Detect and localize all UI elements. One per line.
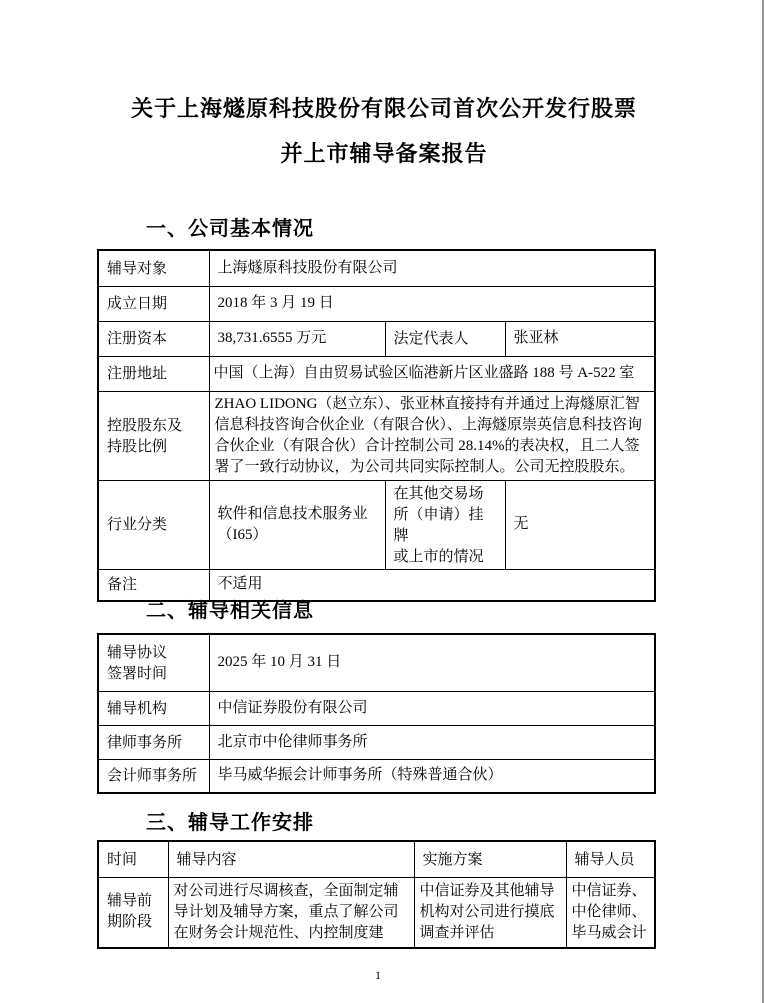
page-number: 1 — [0, 968, 756, 983]
document-title-line-2: 并上市辅导备案报告 — [0, 131, 768, 176]
row-label-registered-capital: 注册资本 — [98, 321, 209, 356]
column-header-time: 时间 — [98, 841, 168, 877]
row-value-other-listing-status: 无 — [505, 480, 655, 569]
document-title: 关于上海燧原科技股份有限公司首次公开发行股票 并上市辅导备案报告 — [0, 86, 768, 176]
row-value-registered-address: 中国（上海）自由贸易试验区临港新片区业盛路 188 号 A-522 室 — [209, 356, 655, 391]
row-value-founding-date: 2018 年 3 月 19 日 — [209, 286, 655, 321]
table-row: 行业分类 软件和信息技术服务业（I65） 在其他交易场 所（申请）挂牌 或上市的… — [98, 480, 655, 569]
table-header-row: 时间 辅导内容 实施方案 辅导人员 — [98, 841, 655, 877]
table-row: 会计师事务所 毕马威华振会计师事务所（特殊普通合伙） — [98, 759, 655, 793]
section-2-heading: 二、辅导相关信息 — [146, 594, 314, 623]
table-row: 律师事务所 北京市中伦律师事务所 — [98, 725, 655, 759]
row-label-registered-address: 注册地址 — [98, 356, 209, 391]
row-value-legal-representative: 张亚林 — [505, 321, 655, 356]
section-1-heading: 一、公司基本情况 — [146, 212, 314, 241]
row-label-law-firm: 律师事务所 — [98, 725, 209, 759]
row-value-content: 对公司进行尽调核查，全面制定辅导计划及辅导方案，重点了解公司在财务会计规范性、内… — [168, 877, 414, 948]
table-row: 辅导机构 中信证券股份有限公司 — [98, 691, 655, 725]
table-row: 辅导对象 上海燧原科技股份有限公司 — [98, 250, 655, 286]
row-label-controlling-shareholder: 控股股东及 持股比例 — [98, 391, 209, 480]
document-title-line-1: 关于上海燧原科技股份有限公司首次公开发行股票 — [0, 86, 768, 131]
row-label-industry-classification: 行业分类 — [98, 480, 209, 569]
counsel-info-table: 辅导协议 签署时间 2025 年 10 月 31 日 辅导机构 中信证券股份有限… — [97, 633, 656, 794]
row-value-plan: 中信证券及其他辅导机构对公司进行摸底调查并评估 — [414, 877, 566, 948]
row-label-agreement-date: 辅导协议 签署时间 — [98, 634, 209, 691]
row-value-law-firm: 北京市中伦律师事务所 — [209, 725, 655, 759]
row-value-stage: 辅导前 期阶段 — [98, 877, 168, 948]
column-header-content: 辅导内容 — [168, 841, 414, 877]
row-label-legal-representative: 法定代表人 — [385, 321, 505, 356]
row-label-counsel-target: 辅导对象 — [98, 250, 209, 286]
basic-info-table: 辅导对象 上海燧原科技股份有限公司 成立日期 2018 年 3 月 19 日 注… — [97, 249, 656, 602]
row-label-counsel-institution: 辅导机构 — [98, 691, 209, 725]
column-header-plan: 实施方案 — [414, 841, 566, 877]
table-row: 辅导协议 签署时间 2025 年 10 月 31 日 — [98, 634, 655, 691]
row-value-agreement-date: 2025 年 10 月 31 日 — [209, 634, 655, 691]
work-plan-table: 时间 辅导内容 实施方案 辅导人员 辅导前 期阶段 对公司进行尽调核查，全面制定… — [97, 840, 656, 949]
row-value-staff: 中信证券、中伦律师、毕马威会计 — [566, 877, 655, 948]
table-row: 控股股东及 持股比例 ZHAO LIDONG（赵立东）、张亚林直接持有并通过上海… — [98, 391, 655, 480]
section-3-heading: 三、辅导工作安排 — [146, 806, 314, 835]
table-row: 注册资本 38,731.6555 万元 法定代表人 张亚林 — [98, 321, 655, 356]
document-page: 关于上海燧原科技股份有限公司首次公开发行股票 并上市辅导备案报告 一、公司基本情… — [0, 0, 768, 1003]
column-header-staff: 辅导人员 — [566, 841, 655, 877]
row-label-accounting-firm: 会计师事务所 — [98, 759, 209, 793]
table-row: 注册地址 中国（上海）自由贸易试验区临港新片区业盛路 188 号 A-522 室 — [98, 356, 655, 391]
table-row: 成立日期 2018 年 3 月 19 日 — [98, 286, 655, 321]
row-value-industry-classification: 软件和信息技术服务业（I65） — [209, 480, 385, 569]
row-value-controlling-shareholder: ZHAO LIDONG（赵立东）、张亚林直接持有并通过上海燧原汇智信息科技咨询合… — [209, 391, 655, 480]
row-label-other-listing-status: 在其他交易场 所（申请）挂牌 或上市的情况 — [385, 480, 505, 569]
row-label-founding-date: 成立日期 — [98, 286, 209, 321]
row-value-accounting-firm: 毕马威华振会计师事务所（特殊普通合伙） — [209, 759, 655, 793]
row-value-registered-capital: 38,731.6555 万元 — [209, 321, 385, 356]
row-value-counsel-institution: 中信证券股份有限公司 — [209, 691, 655, 725]
table-row: 辅导前 期阶段 对公司进行尽调核查，全面制定辅导计划及辅导方案，重点了解公司在财… — [98, 877, 655, 948]
row-value-counsel-target: 上海燧原科技股份有限公司 — [209, 250, 655, 286]
